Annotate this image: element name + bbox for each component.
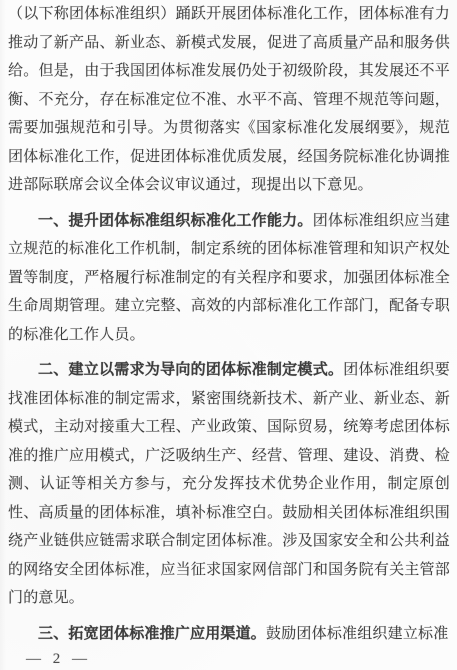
paragraph-section-1: 一、提升团体标准组织标准化工作能力。团体标准组织应当建立规范的标准化工作机制，制…	[8, 207, 450, 350]
section-3-body: 鼓励团体标准组织建立标准	[266, 626, 448, 642]
section-2-body: 团体标准组织要找准团体标准的制定需求，紧密围绕新技术、新产业、新业态、新模式，主…	[8, 362, 450, 606]
scanned-document-page: （以下称团体标准组织）踊跃开展团体标准化工作，团体标准有力推动了新产品、新业态、…	[0, 0, 457, 670]
paragraph-text: （以下称团体标准组织）踊跃开展团体标准化工作，团体标准有力推动了新产品、新业态、…	[8, 6, 450, 193]
section-2-heading: 二、建立以需求为导向的团体标准制定模式。	[38, 361, 343, 378]
paragraph-section-2: 二、建立以需求为导向的团体标准制定模式。团体标准组织要找准团体标准的制定需求，紧…	[8, 356, 450, 613]
paragraph-section-3: 三、拓宽团体标准推广应用渠道。鼓励团体标准组织建立标准	[8, 620, 450, 649]
document-body: （以下称团体标准组织）踊跃开展团体标准化工作，团体标准有力推动了新产品、新业态、…	[8, 0, 450, 648]
section-1-body: 团体标准组织应当建立规范的标准化工作机制，制定系统的团体标准管理和知识产权处置等…	[8, 213, 450, 343]
section-1-heading: 一、提升团体标准组织标准化工作能力。	[38, 212, 313, 229]
paragraph-continuation: （以下称团体标准组织）踊跃开展团体标准化工作，团体标准有力推动了新产品、新业态、…	[8, 0, 450, 200]
page-number: — 2 —	[26, 651, 91, 668]
section-3-heading: 三、拓宽团体标准推广应用渠道。	[38, 625, 266, 642]
